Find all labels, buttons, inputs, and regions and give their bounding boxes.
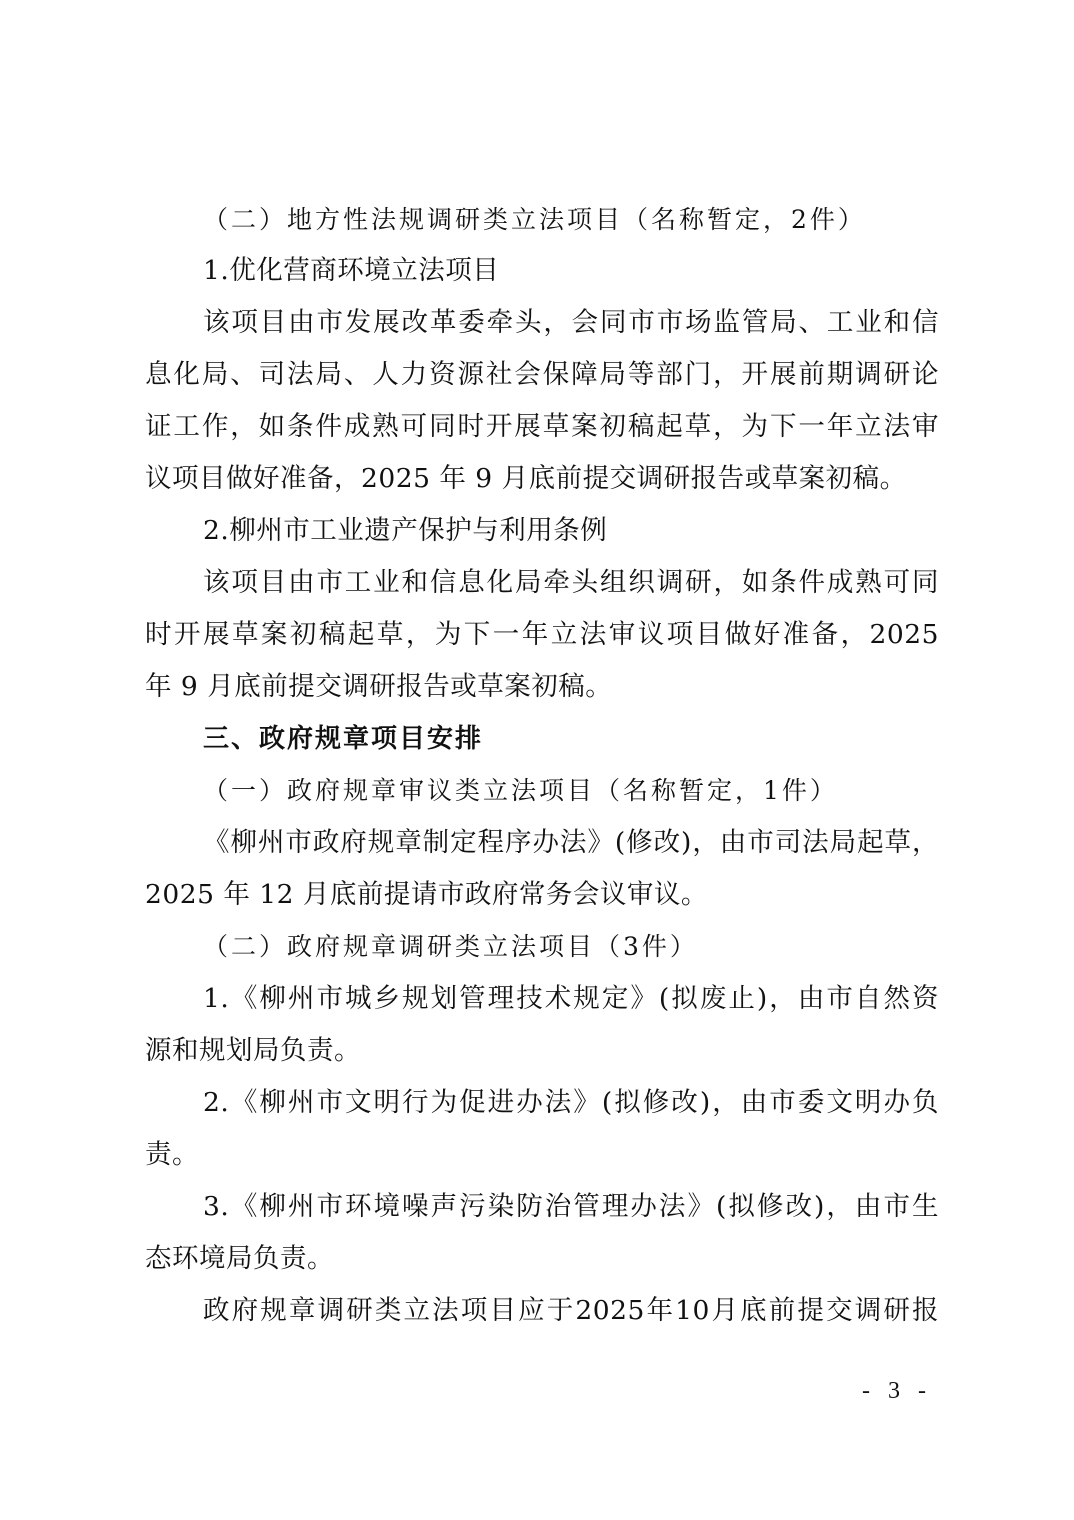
item-title-industrial-heritage: 2.柳州市工业遗产保护与利用条例 [203, 513, 1003, 549]
item-title-business-environment: 1.优化营商环境立法项目 [203, 253, 1003, 289]
paragraph-line: 时开展草案初稿起草，为下一年立法审议项目做好准备，2025 [145, 617, 939, 653]
page-number: - 3 - [862, 1376, 932, 1406]
document-page: （二）地方性法规调研类立法项目（名称暂定，2件） 1.优化营商环境立法项目 该项… [0, 0, 1074, 1520]
paragraph-line: 《柳州市政府规章制定程序办法》(修改)，由市司法局起草， [203, 825, 939, 861]
subsection-heading-rules-research: （二）政府规章调研类立法项目（3件） [203, 929, 1003, 965]
subsection-heading-rules-review: （一）政府规章审议类立法项目（名称暂定，1件） [203, 773, 1003, 809]
list-item-line: 态环境局负责。 [145, 1241, 945, 1277]
list-item-line: 3.《柳州市环境噪声污染防治管理办法》(拟修改)，由市生 [203, 1189, 939, 1225]
paragraph-line: 该项目由市发展改革委牵头，会同市市场监管局、工业和信 [203, 305, 939, 341]
paragraph-line: 证工作，如条件成熟可同时开展草案初稿起草，为下一年立法审 [145, 409, 939, 445]
list-item-line: 2.《柳州市文明行为促进办法》(拟修改)，由市委文明办负 [203, 1085, 939, 1121]
list-item-line: 源和规划局负责。 [145, 1033, 945, 1069]
list-item-line: 1.《柳州市城乡规划管理技术规定》(拟废止)，由市自然资 [203, 981, 939, 1017]
paragraph-line: 政府规章调研类立法项目应于2025年10月底前提交调研报 [203, 1293, 939, 1329]
paragraph-line: 2025 年 12 月底前提请市政府常务会议审议。 [145, 877, 945, 913]
section-heading-local-regulation-research: （二）地方性法规调研类立法项目（名称暂定，2件） [203, 202, 1003, 238]
list-item-line: 责。 [145, 1137, 945, 1173]
paragraph-line: 年 9 月底前提交调研报告或草案初稿。 [145, 669, 945, 705]
paragraph-line: 议项目做好准备，2025 年 9 月底前提交调研报告或草案初稿。 [145, 461, 945, 497]
paragraph-line: 该项目由市工业和信息化局牵头组织调研，如条件成熟可同 [203, 565, 939, 601]
paragraph-line: 息化局、司法局、人力资源社会保障局等部门，开展前期调研论 [145, 357, 939, 393]
section-heading-government-rules: 三、政府规章项目安排 [203, 721, 1003, 757]
